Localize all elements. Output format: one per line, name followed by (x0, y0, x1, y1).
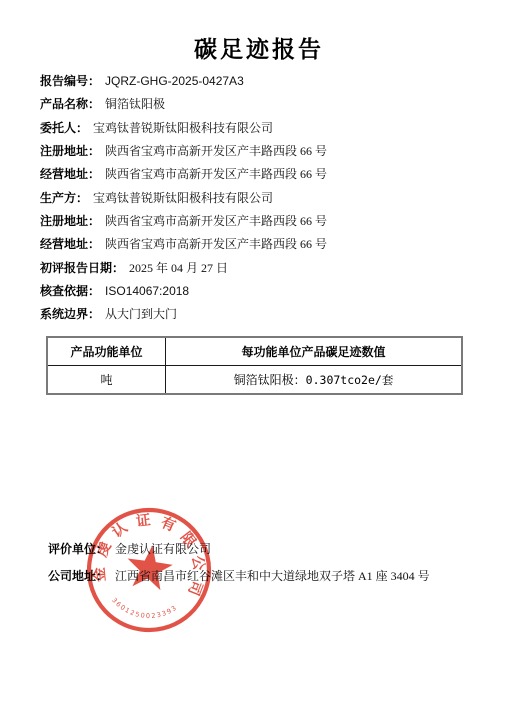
report-title: 碳足迹报告 (0, 31, 518, 64)
footprint-value: 0.307tco2e/套 (306, 373, 394, 387)
business-address-2-label: 经营地址： (40, 237, 100, 251)
unit-cell: 吨 (47, 366, 166, 395)
info-row-product-name: 产品名称：铜箔钛阳极 (40, 93, 327, 116)
system-boundary-label: 系统边界： (40, 307, 100, 321)
registered-address-1-value: 陕西省宝鸡市高新开发区产丰路西段 66 号 (105, 144, 327, 158)
product-name-value: 铜箔钛阳极 (105, 97, 165, 111)
table-header-row: 产品功能单位 每功能单位产品碳足迹数值 (47, 337, 462, 366)
table-header-unit: 产品功能单位 (47, 337, 166, 366)
client-value: 宝鸡钛普锐斯钛阳极科技有限公司 (93, 121, 273, 135)
report-number-label: 报告编号： (40, 74, 100, 88)
info-row-verification-basis: 核查依据：ISO14067:2018 (40, 280, 327, 303)
registered-address-2-value: 陕西省宝鸡市高新开发区产丰路西段 66 号 (105, 214, 327, 228)
evaluation-org-label: 评价单位： (48, 542, 108, 556)
initial-report-date-label: 初评报告日期： (40, 261, 124, 275)
company-address-value: 江西省南昌市红谷滩区丰和中大道绿地双子塔 A1 座 3404 号 (115, 569, 430, 583)
seal-number: 3601250023393 (108, 595, 179, 625)
table-header-footprint: 每功能单位产品碳足迹数值 (166, 337, 463, 366)
info-row-producer: 生产方：宝鸡钛普锐斯钛阳极科技有限公司 (40, 187, 327, 210)
producer-label: 生产方： (40, 191, 88, 205)
info-row-initial-report-date: 初评报告日期：2025 年 04 月 27 日 (40, 257, 327, 280)
registered-address-2-label: 注册地址： (40, 214, 100, 228)
table-row: 吨 铜箔钛阳极：0.307tco2e/套 (47, 366, 462, 395)
footprint-value-cell: 铜箔钛阳极：0.307tco2e/套 (166, 366, 463, 395)
info-row-client: 委托人：宝鸡钛普锐斯钛阳极科技有限公司 (40, 117, 327, 140)
info-row-registered-address-1: 注册地址：陕西省宝鸡市高新开发区产丰路西段 66 号 (40, 140, 327, 163)
footer-row-evaluation-org: 评价单位：金虔认证有限公司 (48, 536, 430, 563)
system-boundary-value: 从大门到大门 (105, 307, 177, 321)
svg-text:3601250023393: 3601250023393 (108, 595, 179, 625)
functional-unit-table: 产品功能单位 每功能单位产品碳足迹数值 吨 铜箔钛阳极：0.307tco2e/套 (46, 336, 463, 395)
initial-report-date-value: 2025 年 04 月 27 日 (129, 261, 228, 275)
info-row-report-number: 报告编号：JQRZ-GHG-2025-0427A3 (40, 70, 327, 93)
registered-address-1-label: 注册地址： (40, 144, 100, 158)
evaluation-org-value: 金虔认证有限公司 (115, 542, 211, 556)
info-row-business-address-1: 经营地址：陕西省宝鸡市高新开发区产丰路西段 66 号 (40, 163, 327, 186)
business-address-2-value: 陕西省宝鸡市高新开发区产丰路西段 66 号 (105, 237, 327, 251)
info-row-registered-address-2: 注册地址：陕西省宝鸡市高新开发区产丰路西段 66 号 (40, 210, 327, 233)
report-number-value: JQRZ-GHG-2025-0427A3 (105, 74, 244, 88)
product-name-label: 产品名称： (40, 97, 100, 111)
producer-value: 宝鸡钛普锐斯钛阳极科技有限公司 (93, 191, 273, 205)
company-address-label: 公司地址： (48, 569, 108, 583)
report-info-list: 报告编号：JQRZ-GHG-2025-0427A3 产品名称：铜箔钛阳极 委托人… (40, 70, 327, 327)
footprint-product-name: 铜箔钛阳极： (234, 373, 306, 387)
verification-basis-label: 核查依据： (40, 284, 100, 298)
report-footer: 评价单位：金虔认证有限公司 公司地址：江西省南昌市红谷滩区丰和中大道绿地双子塔 … (48, 536, 430, 590)
footer-row-company-address: 公司地址：江西省南昌市红谷滩区丰和中大道绿地双子塔 A1 座 3404 号 (48, 563, 430, 590)
info-row-business-address-2: 经营地址：陕西省宝鸡市高新开发区产丰路西段 66 号 (40, 233, 327, 256)
business-address-1-value: 陕西省宝鸡市高新开发区产丰路西段 66 号 (105, 167, 327, 181)
verification-basis-value: ISO14067:2018 (105, 284, 189, 298)
client-label: 委托人： (40, 121, 88, 135)
report-page: 碳足迹报告 报告编号：JQRZ-GHG-2025-0427A3 产品名称：铜箔钛… (0, 0, 518, 722)
business-address-1-label: 经营地址： (40, 167, 100, 181)
info-row-system-boundary: 系统边界：从大门到大门 (40, 303, 327, 326)
